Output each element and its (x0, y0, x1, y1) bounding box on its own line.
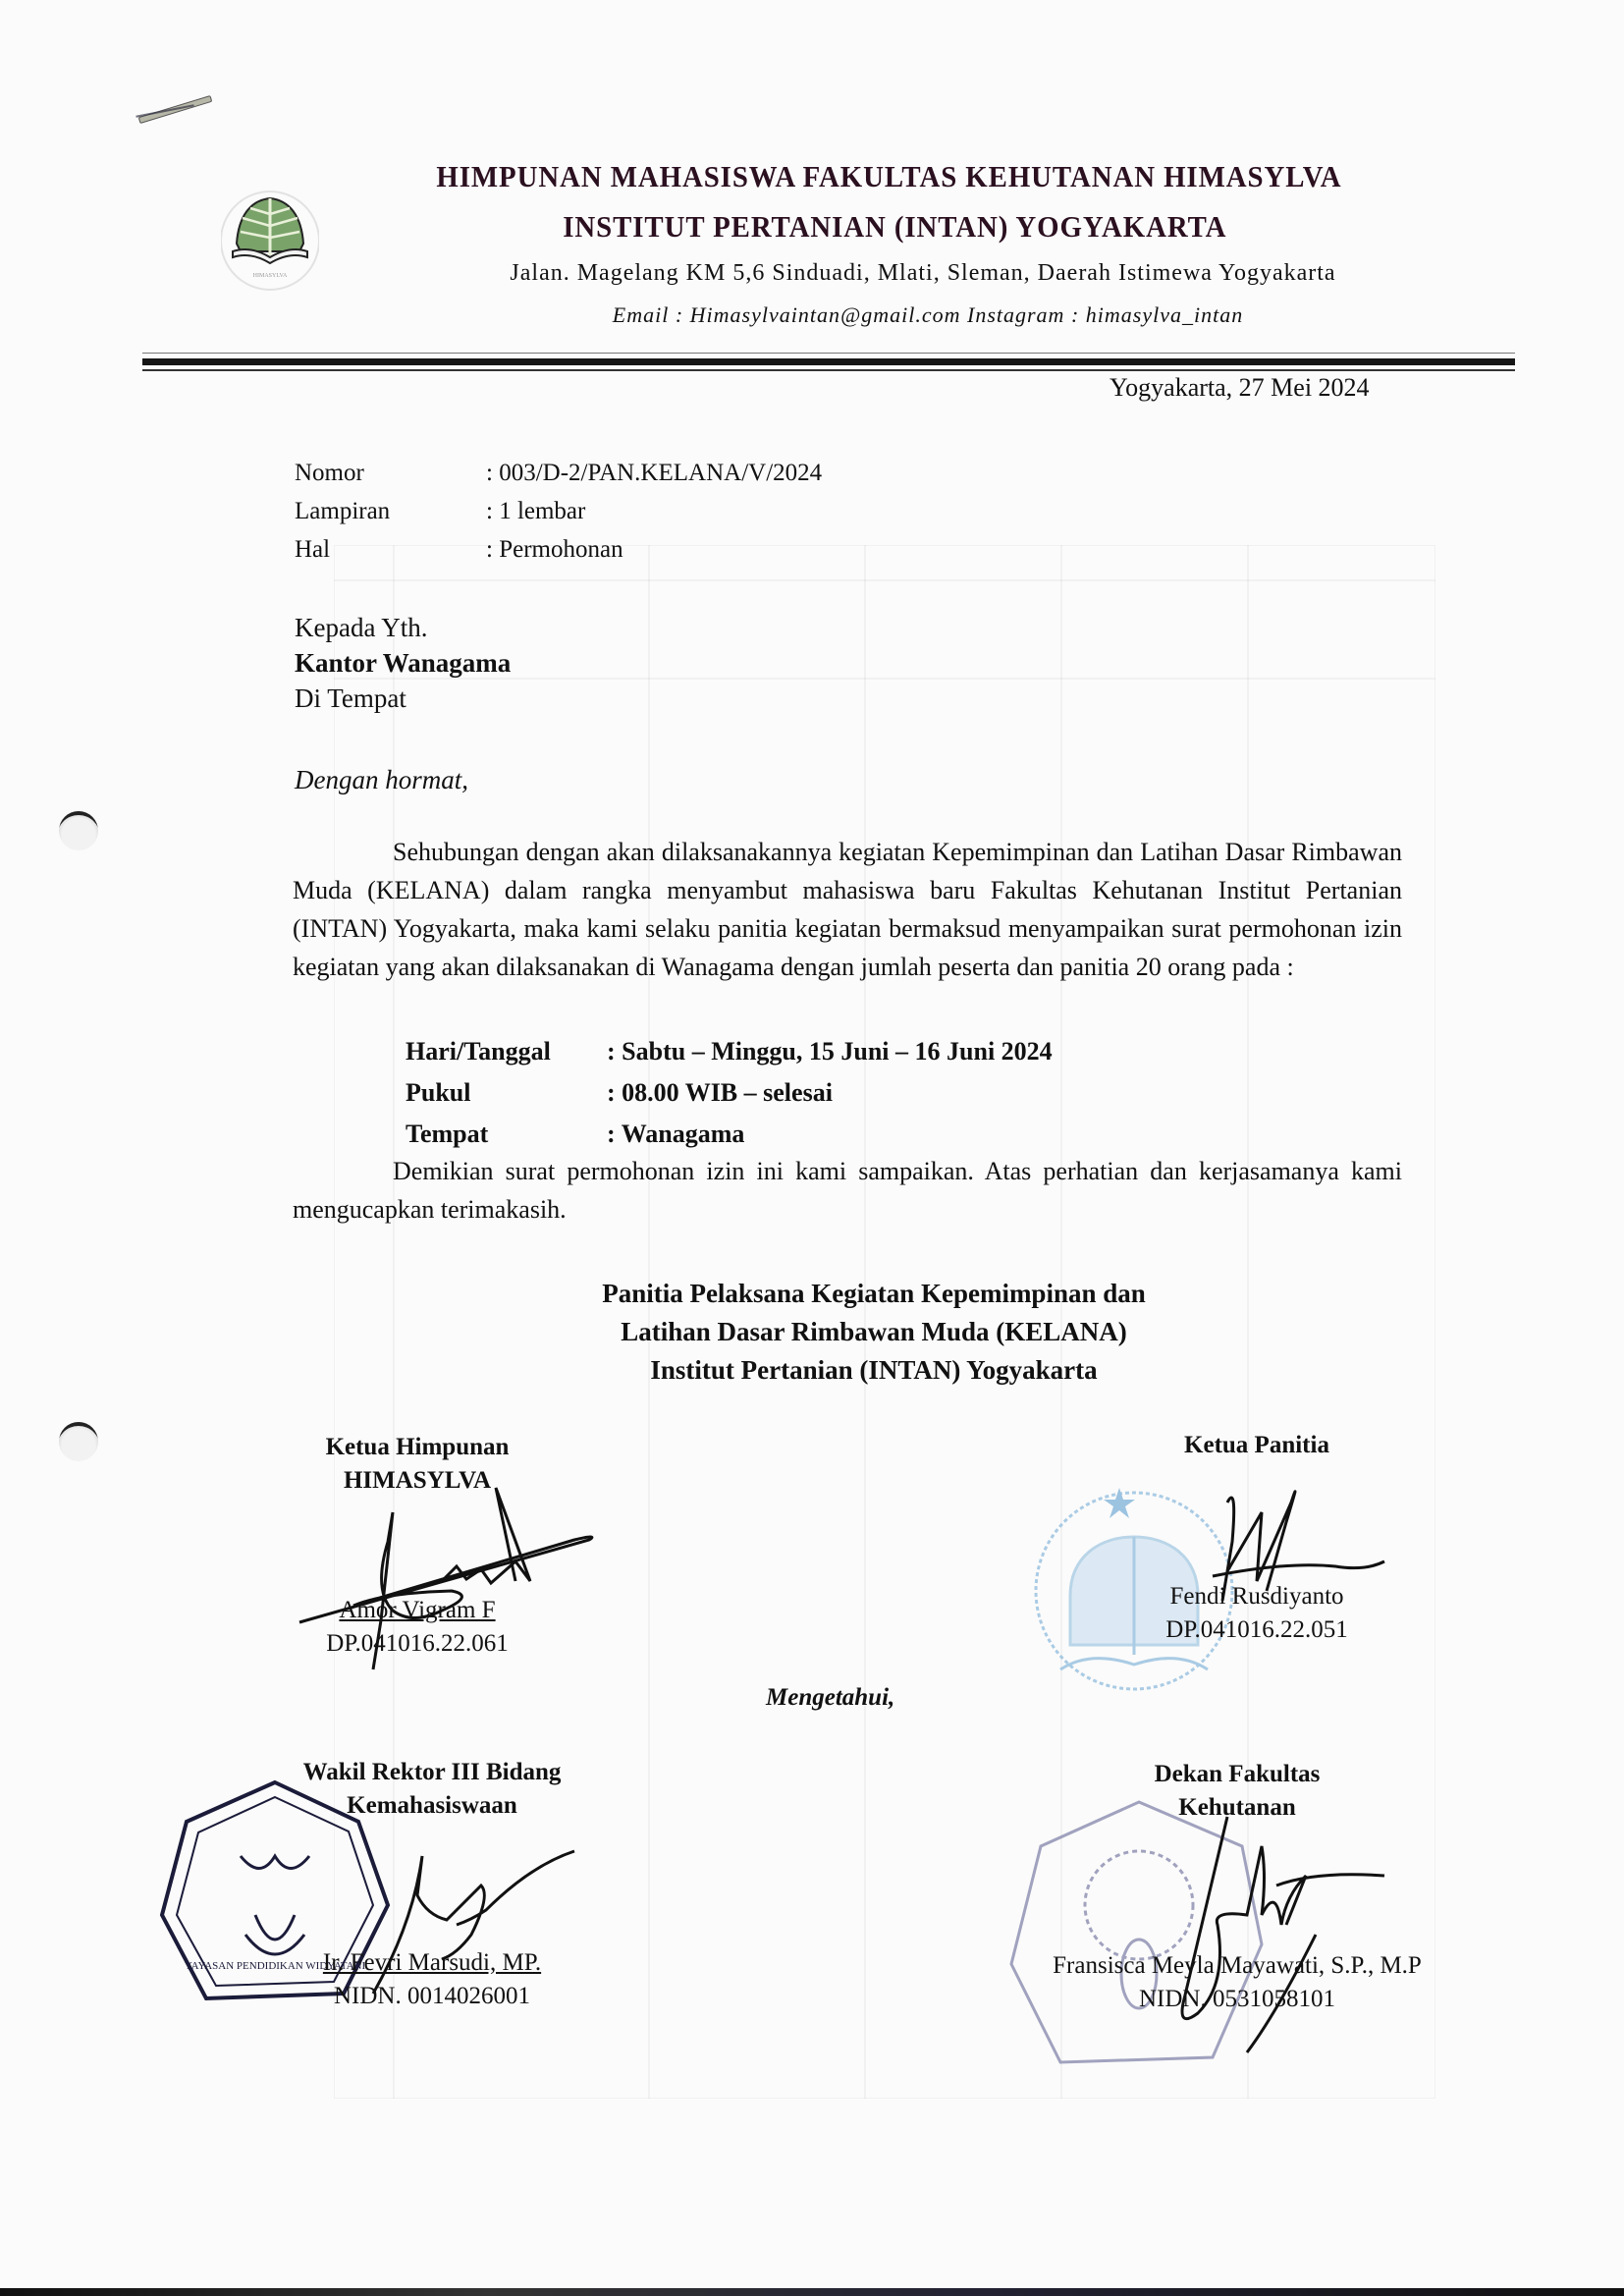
signature-icon (295, 1473, 609, 1669)
detail-value: : Wanagama (607, 1114, 744, 1155)
meta-value: : Permohonan (486, 530, 623, 569)
signature-icon (324, 1827, 579, 2023)
signatory-title: Kemahasiswaan (245, 1789, 619, 1823)
scan-edge (0, 2288, 1624, 2296)
committee-line: Panitia Pelaksana Kegiatan Kepemimpinan … (442, 1275, 1306, 1313)
meta-value: : 003/D-2/PAN.KELANA/V/2024 (486, 454, 822, 492)
body-paragraph-2: Demikian surat permohonan izin ini kami … (293, 1152, 1402, 1229)
address-line: Jalan. Magelang KM 5,6 Sinduadi, Mlati, … (393, 260, 1453, 287)
meta-value: : 1 lembar (486, 492, 585, 530)
svg-text:HIMASYLVA: HIMASYLVA (253, 273, 288, 279)
meta-label: Hal (295, 530, 486, 569)
recipient-name: Kantor Wanagama (295, 645, 511, 681)
detail-value: : Sabtu – Minggu, 15 Juni – 16 Juni 2024 (607, 1031, 1053, 1072)
detail-label: Hari/Tanggal (406, 1031, 607, 1072)
recipient-prefix: Kepada Yth. (295, 610, 511, 645)
meta-row-lampiran: Lampiran : 1 lembar (295, 492, 822, 530)
contact-line: Email : Himasylvaintan@gmail.com Instagr… (491, 302, 1365, 328)
org-name-line: HIMPUNAN MAHASISWA FAKULTAS KEHUTANAN HI… (373, 159, 1405, 194)
binder-hole-icon (59, 1422, 98, 1461)
binder-hole-icon (59, 811, 98, 850)
meta-row-nomor: Nomor : 003/D-2/PAN.KELANA/V/2024 (295, 454, 822, 492)
detail-row-date: Hari/Tanggal : Sabtu – Minggu, 15 Juni –… (406, 1031, 1053, 1072)
signatory-title: Wakil Rektor III Bidang (245, 1756, 619, 1789)
salutation: Dengan hormat, (295, 762, 468, 797)
leaf-book-logo-icon: HIMASYLVA (221, 187, 319, 304)
detail-row-place: Tempat : Wanagama (406, 1114, 1053, 1155)
body-paragraph-1: Sehubungan dengan akan dilaksanakannya k… (293, 833, 1402, 986)
letter-meta: Nomor : 003/D-2/PAN.KELANA/V/2024 Lampir… (295, 454, 822, 569)
letter-date: Yogyakarta, 27 Mei 2024 (1110, 373, 1370, 403)
signatory-title: Ketua Himpunan (285, 1431, 550, 1464)
committee-heading: Panitia Pelaksana Kegiatan Kepemimpinan … (442, 1275, 1306, 1390)
acknowledgement-label: Mengetahui, (766, 1684, 894, 1712)
signatory-title: Ketua Panitia (1110, 1429, 1404, 1462)
detail-value: : 08.00 WIB – selesai (607, 1072, 833, 1114)
header-divider (142, 369, 1515, 371)
meta-row-hal: Hal : Permohonan (295, 530, 822, 569)
meta-label: Lampiran (295, 492, 486, 530)
detail-label: Pukul (406, 1072, 607, 1114)
recipient-location: Di Tempat (295, 681, 511, 716)
committee-line: Institut Pertanian (INTAN) Yogyakarta (442, 1351, 1306, 1390)
committee-line: Latihan Dasar Rimbawan Muda (KELANA) (442, 1313, 1306, 1351)
signature-icon (1168, 1817, 1424, 2062)
meta-label: Nomor (295, 454, 486, 492)
detail-row-time: Pukul : 08.00 WIB – selesai (406, 1072, 1053, 1114)
header-divider (142, 358, 1515, 365)
signature-icon (1208, 1463, 1404, 1620)
signatory-title: Dekan Fakultas (1031, 1758, 1443, 1791)
event-details: Hari/Tanggal : Sabtu – Minggu, 15 Juni –… (406, 1031, 1053, 1155)
detail-label: Tempat (406, 1114, 607, 1155)
header-divider (142, 353, 1515, 354)
recipient-block: Kepada Yth. Kantor Wanagama Di Tempat (295, 610, 511, 716)
institution-name-line: INSTITUT PERTANIAN (INTAN) YOGYAKARTA (520, 209, 1270, 245)
